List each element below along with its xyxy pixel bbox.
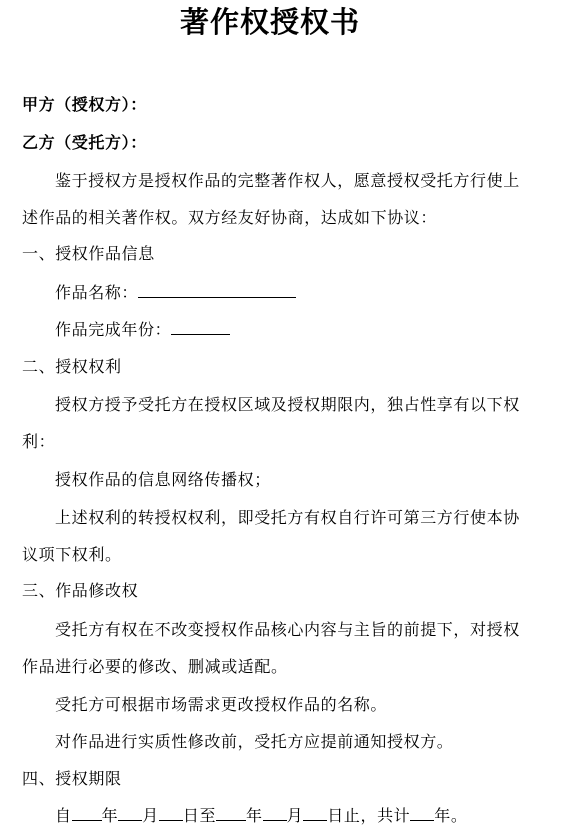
section-3-para-2: 受托方可根据市场需求更改授权作品的名称。 (55, 695, 387, 715)
section-3-para-1-line-2: 作品进行必要的修改、删减或适配。 (22, 657, 288, 677)
start-year-unit: 年 (102, 806, 119, 825)
section-3-para-3: 对作品进行实质性修改前，受托方应提前通知授权方。 (55, 732, 453, 752)
work-name-row: 作品名称： (55, 283, 296, 303)
work-name-label: 作品名称： (55, 283, 138, 302)
section-2-item-2-line-1: 上述权利的转授权权利，即受托方有权自行许可第三方行使本协 (55, 508, 520, 528)
section-1-heading: 一、授权作品信息 (22, 244, 155, 264)
document-title: 著作权授权书 (0, 4, 540, 40)
section-3-heading: 三、作品修改权 (22, 581, 138, 601)
term-end-suffix: 止， (344, 806, 377, 825)
end-month-field[interactable] (263, 806, 287, 821)
term-to-word: 至 (199, 806, 216, 825)
section-3-para-1-line-1: 受托方有权在不改变授权作品核心内容与主旨的前提下，对授权 (55, 620, 520, 640)
end-year-field[interactable] (216, 806, 246, 821)
party-a-label: 甲方（授权方）： (22, 95, 147, 115)
preamble-line-2: 述作品的相关著作权。双方经友好协商，达成如下协议： (22, 208, 437, 228)
start-month-field[interactable] (118, 806, 142, 821)
completion-year-label: 作品完成年份： (55, 320, 171, 339)
start-month-unit: 月 (142, 806, 159, 825)
work-name-field[interactable] (138, 283, 296, 298)
section-2-para-line-1: 授权方授予受托方在授权区域及授权期限内，独占性享有以下权 (55, 395, 520, 415)
term-total-suffix: 年。 (434, 806, 467, 825)
start-day-field[interactable] (159, 806, 183, 821)
completion-year-field[interactable] (171, 320, 230, 335)
total-years-field[interactable] (410, 806, 434, 821)
preamble-line-1: 鉴于授权方是授权作品的完整著作权人，愿意授权受托方行使上 (55, 171, 520, 191)
end-month-unit: 月 (287, 806, 304, 825)
start-day-unit: 日 (183, 806, 200, 825)
end-day-field[interactable] (303, 806, 327, 821)
section-2-heading: 二、授权权利 (22, 357, 122, 377)
start-year-field[interactable] (72, 806, 102, 821)
section-4-heading: 四、授权期限 (22, 769, 122, 789)
completion-year-row: 作品完成年份： (55, 320, 230, 340)
term-total-prefix: 共计 (377, 806, 410, 825)
section-2-item-2-line-2: 议项下权利。 (22, 545, 122, 565)
end-year-unit: 年 (246, 806, 263, 825)
term-from-prefix: 自 (55, 806, 72, 825)
section-2-item-1: 授权作品的信息网络传播权； (55, 470, 271, 490)
section-2-para-line-2: 利： (22, 432, 55, 452)
end-day-unit: 日 (327, 806, 344, 825)
party-b-label: 乙方（受托方）： (22, 133, 147, 153)
term-row: 自年月日至年月日止，共计年。 (55, 806, 467, 826)
